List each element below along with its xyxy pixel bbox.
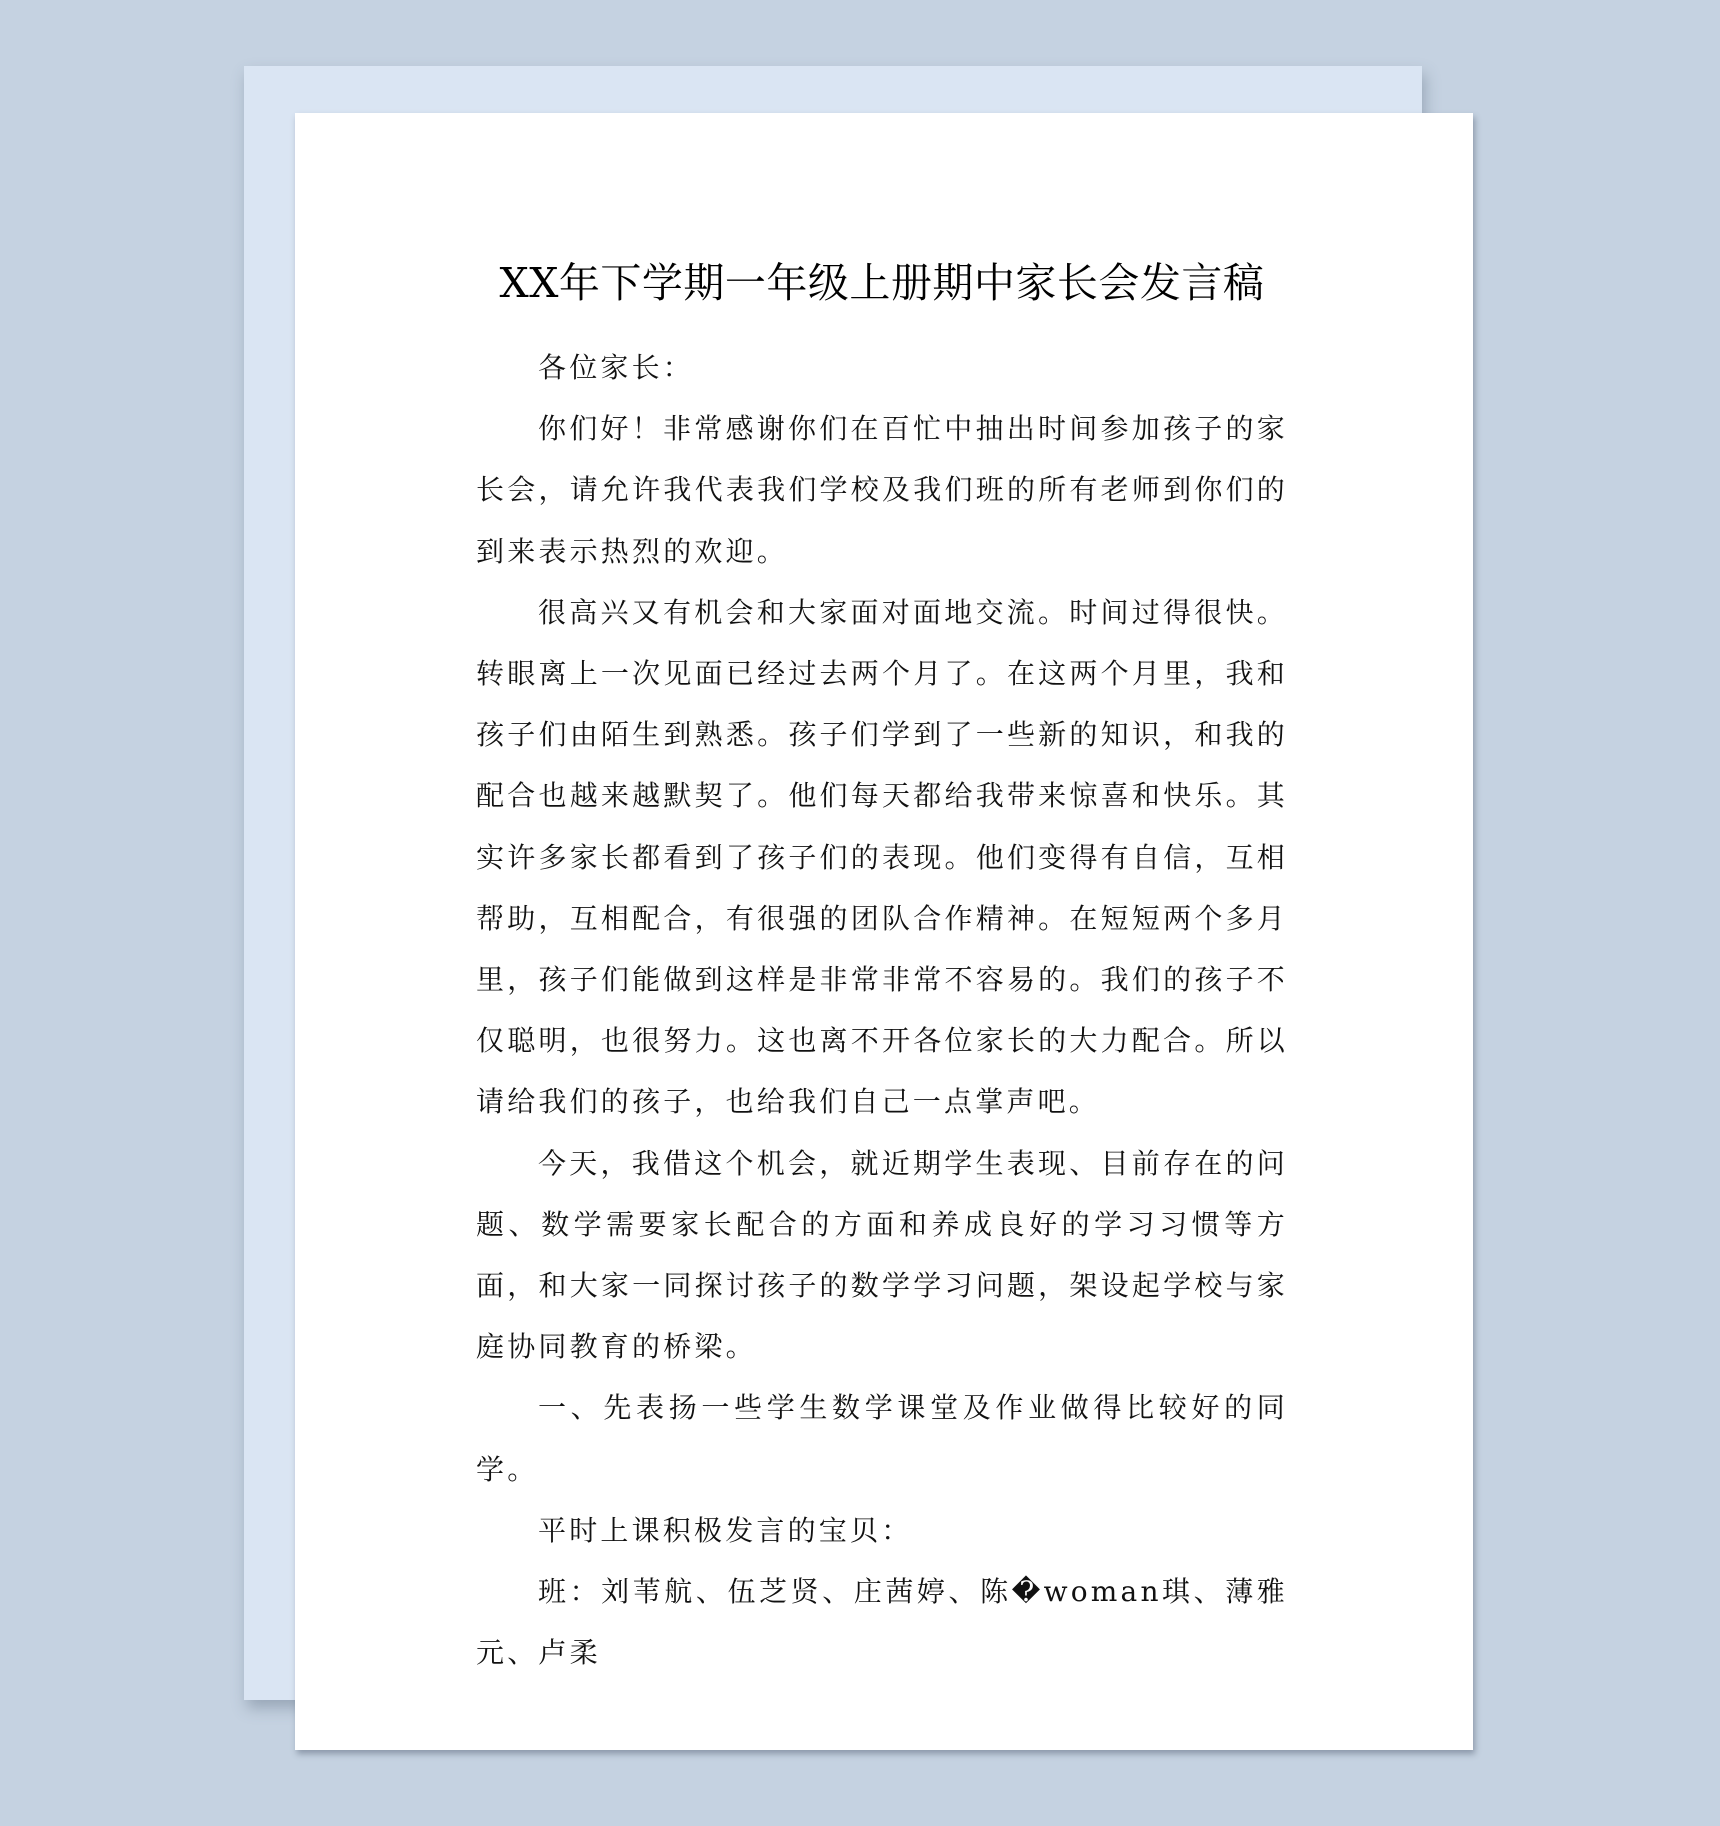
document-page: XX年下学期一年级上册期中家长会发言稿 各位家长： 你们好！非常感谢你们在百忙中… bbox=[295, 113, 1473, 1750]
paragraph-purpose: 今天，我借这个机会，就近期学生表现、目前存在的问题、数学需要家长配合的方面和养成… bbox=[476, 1133, 1288, 1378]
paragraph-salutation: 各位家长： bbox=[476, 337, 1288, 398]
paragraph-introduction: 很高兴又有机会和大家面对面地交流。时间过得很快。转眼离上一次见面已经过去两个月了… bbox=[476, 582, 1288, 1133]
paragraph-student-list: 班：刘苇航、伍芝贤、庄茜婷、陈�woman琪、薄雅元、卢柔 bbox=[476, 1561, 1288, 1683]
paragraph-section-heading: 一、先表扬一些学生数学课堂及作业做得比较好的同学。 bbox=[476, 1377, 1288, 1499]
document-content: XX年下学期一年级上册期中家长会发言稿 各位家长： 你们好！非常感谢你们在百忙中… bbox=[476, 253, 1288, 1683]
paragraph-subheading: 平时上课积极发言的宝贝： bbox=[476, 1500, 1288, 1561]
paragraph-greeting: 你们好！非常感谢你们在百忙中抽出时间参加孩子的家长会，请允许我代表我们学校及我们… bbox=[476, 398, 1288, 582]
document-title: XX年下学期一年级上册期中家长会发言稿 bbox=[476, 253, 1288, 313]
document-body: 各位家长： 你们好！非常感谢你们在百忙中抽出时间参加孩子的家长会，请允许我代表我… bbox=[476, 337, 1288, 1683]
